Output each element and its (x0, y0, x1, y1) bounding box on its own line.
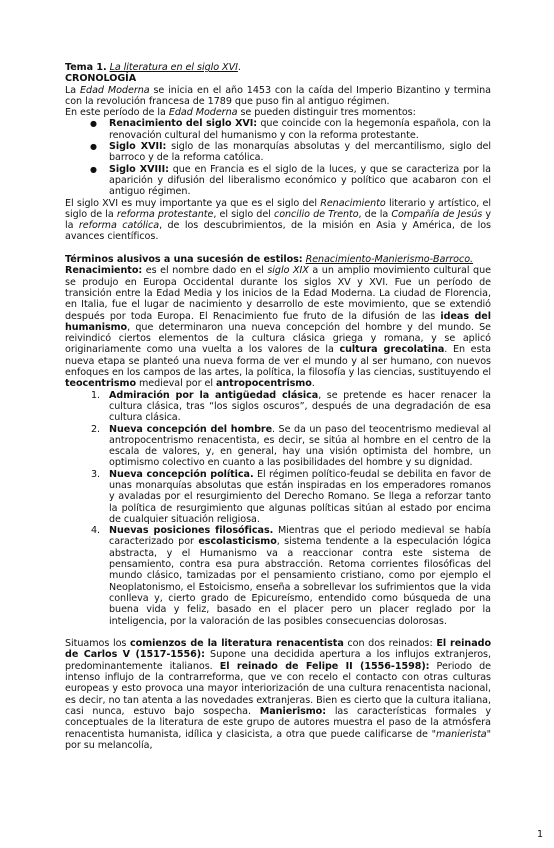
title-prefix: Tema 1. (65, 62, 107, 73)
list-item: 1.Admiración por la antigüedad clásica, … (109, 390, 491, 424)
paragraph-reinados: Situamos los comienzos de la literatura … (65, 638, 491, 751)
paragraph-edad-moderna: La Edad Moderna se inicia en el año 1453… (65, 85, 491, 108)
section-heading-terminos: Términos alusivos a una sucesión de esti… (65, 254, 491, 265)
section-heading-cronologia: CRONOLOGÍA (65, 73, 136, 84)
numbered-list-caracteristicas: 1.Admiración por la antigüedad clásica, … (65, 390, 491, 627)
paragraph-siglo-xvi: El siglo XVI es muy importante ya que es… (65, 198, 491, 243)
list-item: Siglo XVII: siglo de las monarquías abso… (109, 141, 491, 164)
section-link: Renacimiento-Manierismo-Barroco. (306, 254, 473, 265)
bullet-list-momentos: Renacimiento del siglo XVI: que coincide… (65, 118, 491, 197)
paragraph-renacimiento: Renacimiento: es el nombre dado en el si… (65, 265, 491, 389)
list-item: 2.Nueva concepción del hombre. Se da un … (109, 424, 491, 469)
page-number: 1 (537, 829, 543, 840)
list-item: 4.Nuevas posiciones filosóficas. Mientra… (109, 525, 491, 627)
list-item: Renacimiento del siglo XVI: que coincide… (109, 118, 491, 141)
paragraph-momentos: En este período de la Edad Moderna se pu… (65, 107, 491, 118)
document-page: Tema 1. La literatura en el siglo XVI. C… (65, 62, 491, 751)
title-line: Tema 1. La literatura en el siglo XVI. (65, 62, 491, 73)
title-link: La literatura en el siglo XVI (110, 62, 238, 73)
list-item: Siglo XVIII: que en Francia es el siglo … (109, 164, 491, 198)
list-item: 3.Nueva concepción política. El régimen … (109, 469, 491, 525)
